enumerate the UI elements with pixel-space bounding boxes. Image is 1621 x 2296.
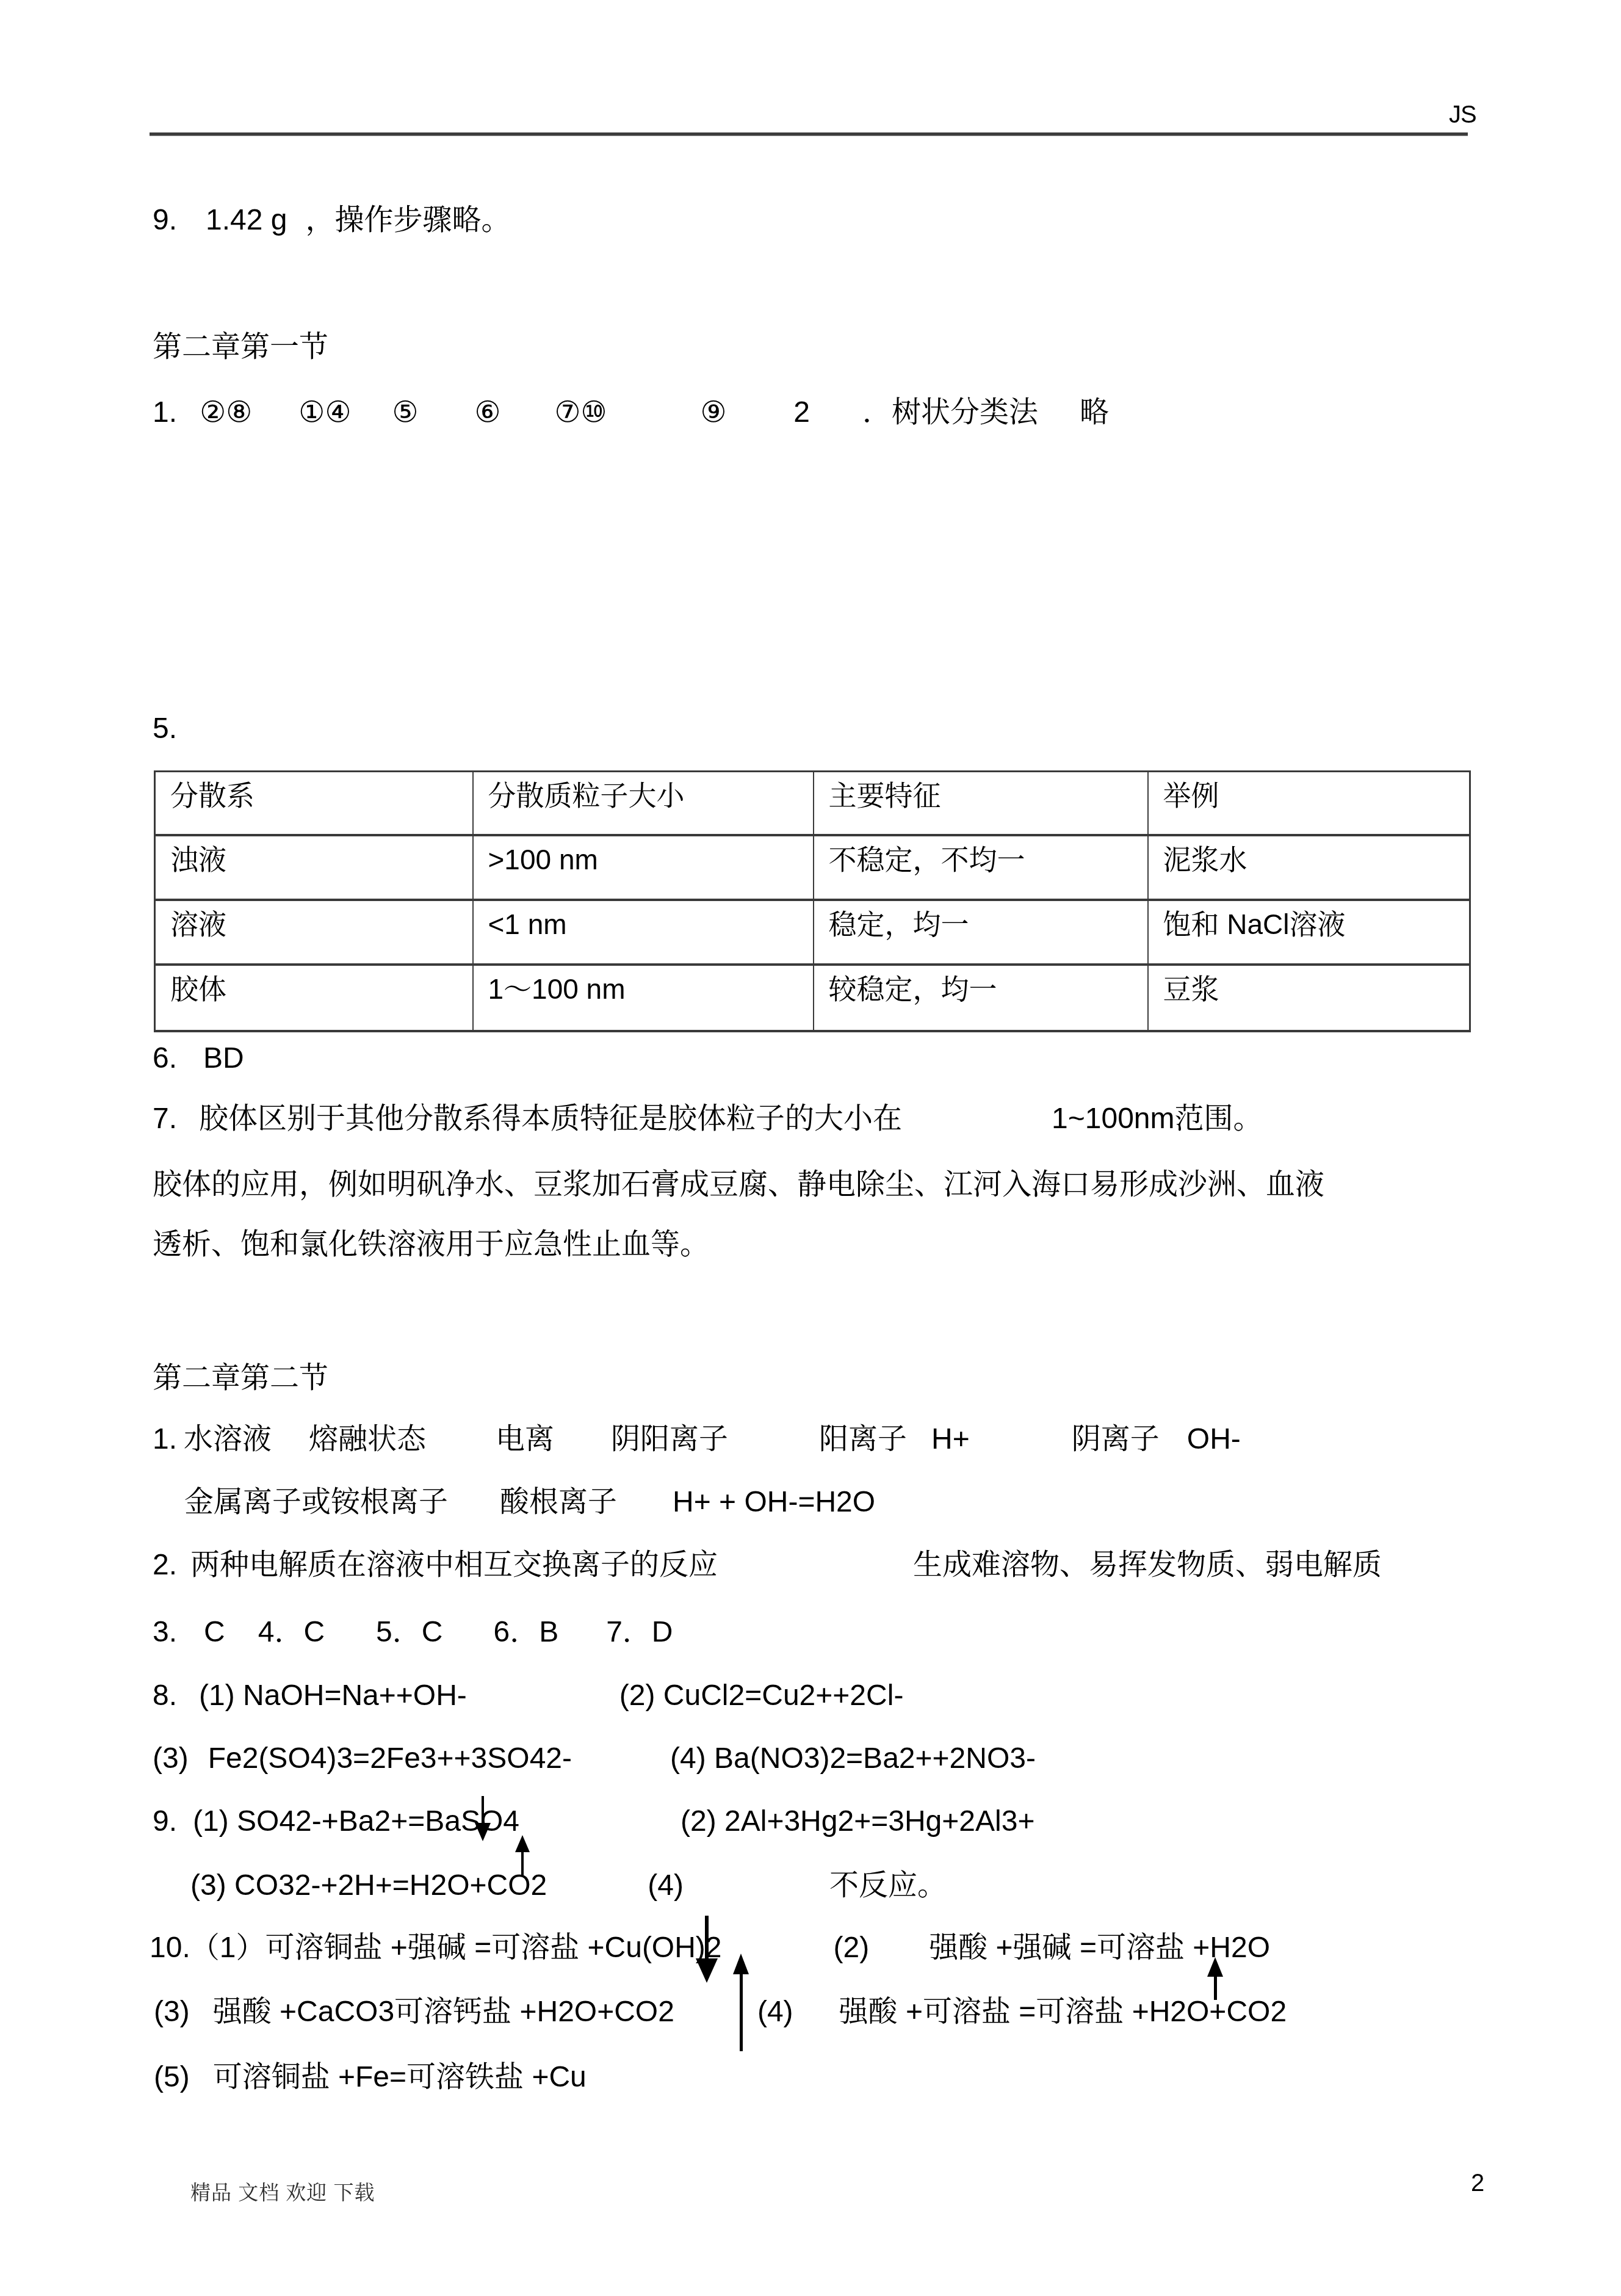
- text-part: (3): [153, 1743, 189, 1775]
- arrow-shaft: [482, 1796, 484, 1823]
- answer-5-label: 5.: [153, 713, 177, 745]
- arrow-shaft: [1214, 1977, 1217, 2000]
- table-row: 溶液 <1 nm 稳定，均一 饱和 NaCl溶液: [155, 900, 1470, 965]
- text-part: 强酸 +CaCO3可溶钙盐 +H2O+CO2: [213, 1996, 674, 2028]
- table-cell: 泥浆水: [1148, 835, 1470, 900]
- answer-1-sec2-line2: 金属离子或铵根离子酸根离子H+ + OH-=H2O: [184, 1487, 875, 1518]
- answer-7: 7.胶体区别于其他分散系得本质特征是胶体粒子的大小在1~100nm范围。: [153, 1103, 1263, 1135]
- text-part: (4): [757, 1996, 793, 2028]
- arrow-shaft: [705, 1916, 709, 1958]
- table-header-cell: 举例: [1148, 772, 1470, 835]
- text-part: 生成难溶物、易挥发物质、弱电解质: [913, 1549, 1382, 1581]
- text-part: 9.: [153, 205, 177, 236]
- document-page: JS 9.1.42 g，操作步骤略。第二章第一节1.②⑧①④⑤⑥⑦⑩⑨2．树状分…: [0, 0, 1621, 2296]
- text-part: ①④: [298, 397, 351, 429]
- down-arrow-icon: [475, 1796, 491, 1841]
- text-part: ．树状分类法: [862, 397, 1038, 429]
- text-part: (4) Ba(NO3)2=Ba2++2NO3-: [670, 1743, 1036, 1775]
- arrowhead-down: [696, 1958, 718, 1983]
- text-part: 4．C: [258, 1617, 325, 1648]
- footer-text: 精品 文档 欢迎 下载: [190, 2177, 375, 2206]
- table-cell: 胶体: [155, 965, 473, 1031]
- text-part: 第二章第二节: [153, 1363, 328, 1394]
- text-part: 2: [793, 397, 810, 429]
- text-part: 5．C: [376, 1617, 442, 1648]
- text-part: (1) NaOH=Na++OH-: [199, 1680, 467, 1712]
- text-part: 透析、饱和氯化铁溶液用于应急性止血等。: [153, 1229, 709, 1261]
- page-number: 2: [1471, 2170, 1484, 2197]
- text-part: (3): [154, 1996, 190, 2028]
- table-header-cell: 分散质粒子大小: [473, 772, 814, 835]
- answer-10-eq5: (5)可溶铜盐 +Fe=可溶铁盐 +Cu: [154, 2062, 587, 2093]
- table-cell: 豆浆: [1148, 965, 1470, 1031]
- table-cell: 1～100 nm: [473, 965, 814, 1031]
- down-arrow-icon: [696, 1916, 718, 1983]
- answer-1-and-2: 1.②⑧①④⑤⑥⑦⑩⑨2．树状分类法略: [153, 397, 1109, 429]
- arrow-shaft: [740, 1974, 743, 2051]
- text-part: 5.: [153, 713, 177, 745]
- text-part: (2) CuCl2=Cu2++2Cl-: [619, 1680, 904, 1712]
- text-part: ⑤: [392, 397, 418, 429]
- text-part: ②⑧: [200, 397, 252, 429]
- header-rule: [150, 132, 1468, 136]
- table-header-cell: 主要特征: [814, 772, 1148, 835]
- text-part: BD: [203, 1043, 244, 1074]
- answer-9-eq34: (3) CO32-+2H+=H2O+CO2(4)不反应。: [190, 1870, 947, 1902]
- table-cell: <1 nm: [473, 900, 814, 965]
- answer-9-eq12: 9.(1) SO42-+Ba2+=BaSO4(2) 2Al+3Hg2+=3Hg+…: [153, 1806, 1034, 1838]
- text-part: 酸根离子: [500, 1487, 617, 1518]
- up-arrow-icon: [733, 1954, 749, 2051]
- text-part: 1~100nm: [1052, 1103, 1175, 1135]
- text-part: (2): [834, 1932, 870, 1964]
- text-part: (2) 2Al+3Hg2+=3Hg+2Al3+: [681, 1806, 1034, 1838]
- text-part: 3.: [153, 1617, 177, 1648]
- text-part: 7.: [153, 1103, 177, 1135]
- text-part: ⑦⑩: [554, 397, 607, 429]
- text-part: 略: [1080, 397, 1109, 429]
- text-part: (3) CO32-+2H+=H2O+CO2: [190, 1870, 547, 1902]
- table-header-row: 分散系 分散质粒子大小 主要特征 举例: [155, 772, 1470, 835]
- text-part: (5): [154, 2062, 190, 2093]
- answer-8-eq34: (3)Fe2(SO4)3=2Fe3++3SO42-(4) Ba(NO3)2=Ba…: [153, 1743, 1036, 1775]
- answer-7-line2: 胶体的应用，例如明矾净水、豆浆加石膏成豆腐、静电除尘、江河入海口易形成沙洲、血液: [153, 1169, 1324, 1201]
- text-part: 1.: [153, 397, 177, 429]
- arrowhead-down: [475, 1823, 491, 1841]
- text-part: 1.: [153, 1424, 177, 1455]
- table-cell: 较稳定，均一: [814, 965, 1148, 1031]
- text-part: H+ + OH-=H2O: [673, 1487, 875, 1518]
- arrow-shaft: [521, 1852, 524, 1875]
- text-part: 2.: [153, 1549, 177, 1581]
- table-cell: >100 nm: [473, 835, 814, 900]
- text-part: 胶体的应用，例如明矾净水、豆浆加石膏成豆腐、静电除尘、江河入海口易形成沙洲、血液: [153, 1169, 1324, 1201]
- text-part: 8.: [153, 1680, 177, 1712]
- logo-js: JS: [1449, 101, 1476, 129]
- text-part: 阴阳离子: [611, 1424, 728, 1455]
- text-part: 阳离子: [819, 1424, 907, 1455]
- table-cell: 饱和 NaCl溶液: [1148, 900, 1470, 965]
- table-cell: 不稳定，不均一: [814, 835, 1148, 900]
- text-part: 9.: [153, 1806, 177, 1838]
- section-heading-ch2-s1: 第二章第一节: [153, 331, 328, 363]
- text-part: OH-: [1187, 1424, 1241, 1455]
- text-part: 第二章第一节: [153, 331, 328, 363]
- text-part: 电离: [496, 1424, 554, 1455]
- text-part: C: [204, 1617, 225, 1648]
- text-part: 7．D: [606, 1617, 673, 1648]
- text-part: 6.: [153, 1043, 177, 1074]
- text-part: ⑨: [700, 397, 726, 429]
- text-part: 6．B: [493, 1617, 558, 1648]
- answer-1-sec2: 1.水溶液熔融状态电离阴阳离子阳离子H+阴离子OH-: [153, 1424, 1241, 1455]
- table-cell: 稳定，均一: [814, 900, 1148, 965]
- table-row: 胶体 1～100 nm 较稳定，均一 豆浆: [155, 965, 1470, 1031]
- text-part: (4): [648, 1870, 684, 1902]
- answer-2-sec2: 2.两种电解质在溶液中相互交换离子的反应生成难溶物、易挥发物质、弱电解质: [153, 1549, 1382, 1581]
- text-part: 10.（1）可溶铜盐 +强碱 =可溶盐 +Cu(OH)2: [150, 1932, 722, 1964]
- answer-6: 6.BD: [153, 1043, 244, 1074]
- answer-3-to-7: 3.C4．C5．C6．B7．D: [153, 1617, 673, 1648]
- arrowhead-up: [733, 1954, 749, 1974]
- answer-10-eq34: (3)强酸 +CaCO3可溶钙盐 +H2O+CO2(4)强酸 +可溶盐 =可溶盐…: [154, 1996, 1287, 2028]
- answer-8-eq12: 8.(1) NaOH=Na++OH-(2) CuCl2=Cu2++2Cl-: [153, 1680, 903, 1712]
- text-part: 不反应。: [829, 1870, 947, 1902]
- text-part: H+: [931, 1424, 970, 1455]
- up-arrow-icon: [1207, 1957, 1223, 2000]
- text-part: 1.42 g: [206, 205, 287, 236]
- text-part: 胶体区别于其他分散系得本质特征是胶体粒子的大小在: [199, 1103, 902, 1135]
- table-row: 浊液 >100 nm 不稳定，不均一 泥浆水: [155, 835, 1470, 900]
- answer-7-line3: 透析、饱和氯化铁溶液用于应急性止血等。: [153, 1229, 709, 1261]
- text-part: 两种电解质在溶液中相互交换离子的反应: [190, 1549, 718, 1581]
- answer-9-prev-chapter: 9.1.42 g，操作步骤略。: [153, 205, 511, 236]
- up-arrow-icon: [515, 1835, 530, 1875]
- text-part: 阴离子: [1072, 1424, 1160, 1455]
- table-cell: 溶液: [155, 900, 473, 965]
- text-part: 熔融状态: [309, 1424, 426, 1455]
- arrowhead-up: [1207, 1957, 1223, 1977]
- arrowhead-up: [515, 1835, 530, 1852]
- section-heading-ch2-s2: 第二章第二节: [153, 1363, 328, 1394]
- table-cell: 浊液: [155, 835, 473, 900]
- text-part: 可溶铜盐 +Fe=可溶铁盐 +Cu: [213, 2062, 587, 2093]
- table-header-cell: 分散系: [155, 772, 473, 835]
- text-part: 水溶液: [184, 1424, 272, 1455]
- text-part: ，操作步骤略。: [305, 205, 510, 236]
- text-part: 范围。: [1175, 1103, 1263, 1135]
- text-part: 强酸 +可溶盐 =可溶盐 +H2O+CO2: [839, 1996, 1287, 2028]
- text-part: Fe2(SO4)3=2Fe3++3SO42-: [208, 1743, 572, 1775]
- text-part: 金属离子或铵根离子: [184, 1487, 448, 1518]
- text-part: ⑥: [474, 397, 500, 429]
- text-part: (1) SO42-+Ba2+=BaSO4: [193, 1806, 519, 1838]
- dispersion-systems-table: 分散系 分散质粒子大小 主要特征 举例 浊液 >100 nm 不稳定，不均一 泥…: [154, 770, 1471, 1032]
